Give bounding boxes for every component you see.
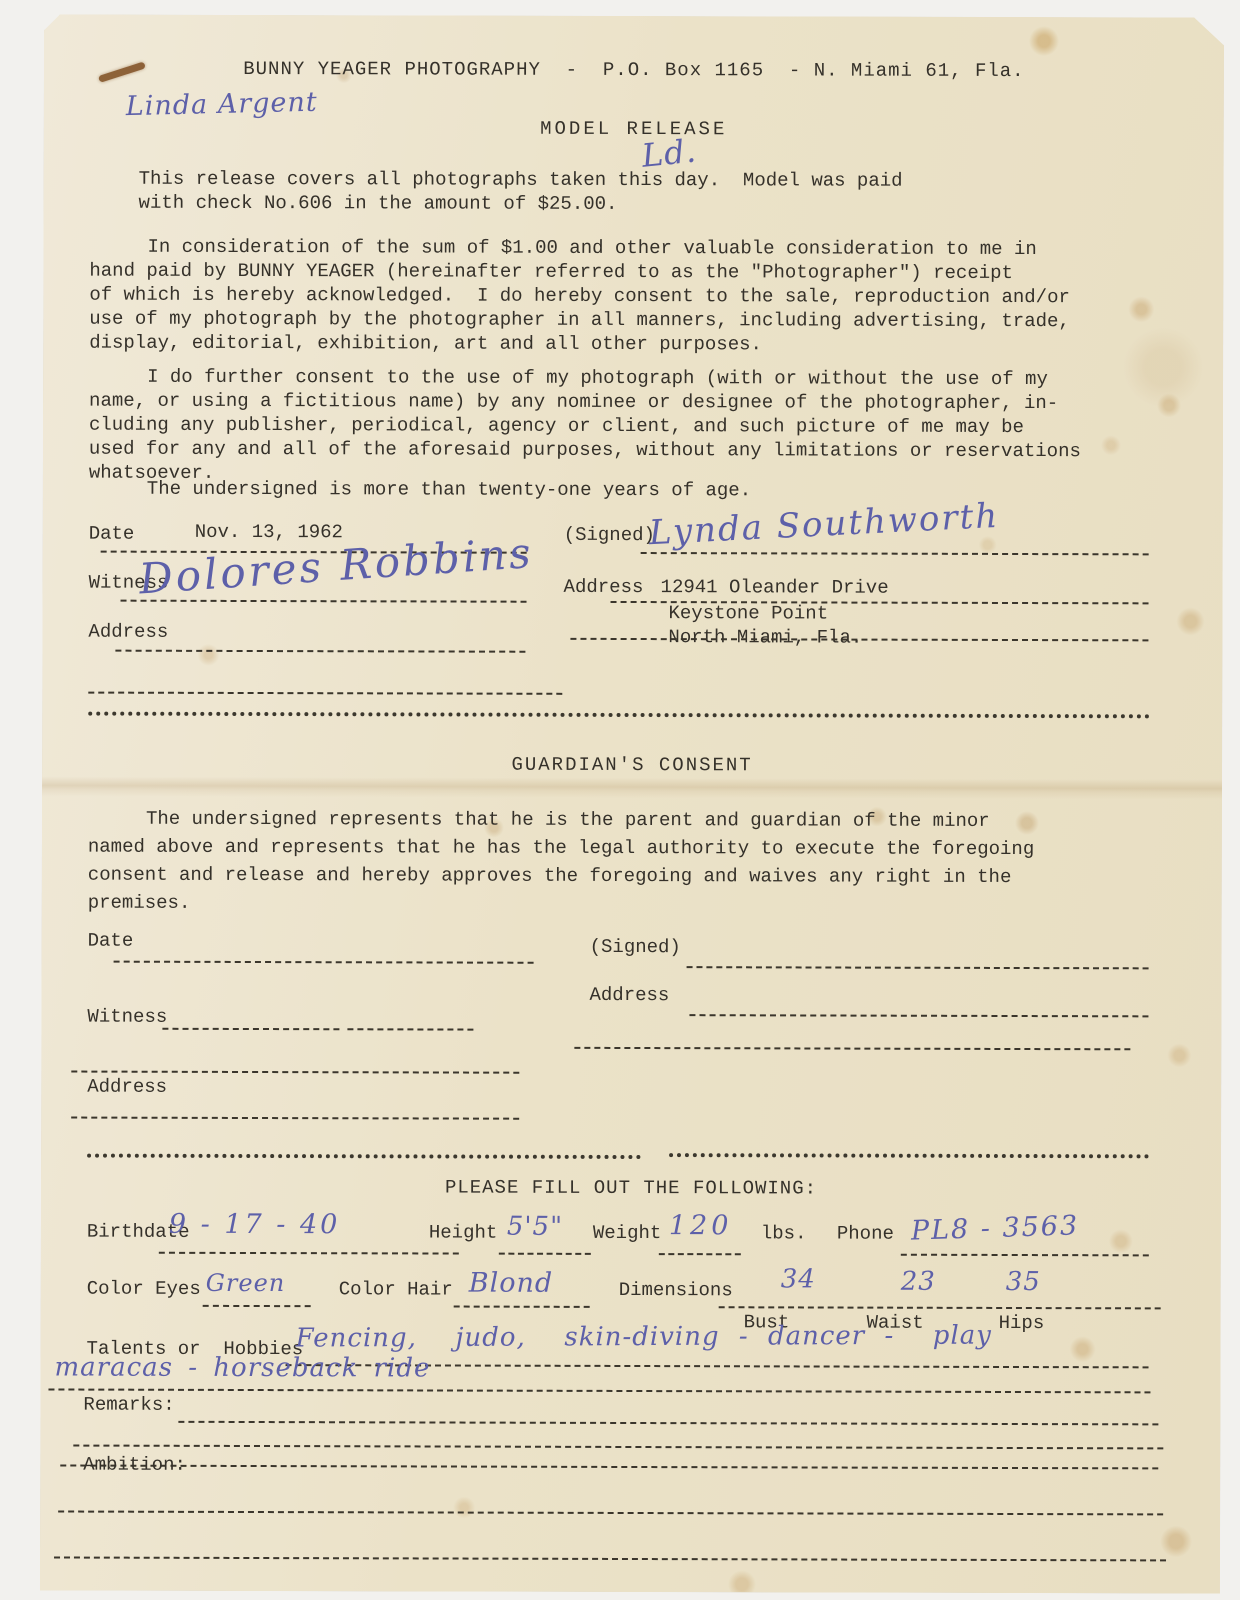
page-title: MODEL RELEASE (44, 115, 1224, 142)
dimensions-blank (719, 1306, 1161, 1309)
ambition-blank-1 (58, 1511, 1163, 1516)
weight-label: Weight (593, 1221, 661, 1245)
guardian-witness-blank-b (347, 1028, 473, 1030)
height-value: 5'5" (507, 1212, 563, 1242)
height-label: Height (429, 1220, 497, 1244)
age-statement: The undersigned is more than twenty-one … (147, 477, 751, 503)
ambition-blank-2 (54, 1556, 1166, 1561)
guardian-address-blank-left-1 (71, 1071, 519, 1074)
witness-address-blank-1 (115, 650, 525, 653)
birthdate-blank (159, 1252, 459, 1255)
witness-address-label: Address (88, 620, 168, 644)
model-address-label: Address (564, 575, 644, 599)
guardian-signed-label: (Signed) (590, 935, 681, 959)
ambition-label: Ambition: (83, 1453, 186, 1477)
talents-blank-2 (48, 1388, 1150, 1393)
bust-value: 34 (781, 1264, 816, 1294)
dotted-separator-1 (88, 712, 1150, 719)
guardian-date-blank (114, 961, 534, 964)
guardian-witness-label: Witness (87, 1005, 167, 1029)
color-eyes-value: Green (206, 1269, 286, 1297)
signed-label: (Signed) (564, 523, 655, 547)
remarks-blank-2 (73, 1445, 1163, 1450)
dotted-separator-2b (669, 1153, 1149, 1158)
model-signature: Lynda Southworth (648, 496, 1000, 553)
ambition-top-line (60, 1465, 1158, 1470)
birthdate-value: 9 - 17 - 40 (169, 1209, 341, 1240)
weight-value: 120 (669, 1210, 733, 1241)
talents-value-line1: Fencing, judo, skin-diving - dancer - pl… (296, 1321, 992, 1354)
color-eyes-label: Color Eyes (87, 1277, 201, 1301)
guardian-body-paragraph: The undersigned represents that he is th… (88, 805, 1128, 920)
hips-label: Hips (999, 1311, 1045, 1335)
waist-value: 23 (901, 1267, 936, 1297)
phone-value: PL8 - 3563 (910, 1210, 1079, 1246)
lbs-label: lbs. (761, 1221, 807, 1245)
phone-label: Phone (837, 1222, 894, 1246)
model-address-line2: Keystone Point (668, 601, 828, 625)
witness-blank-line (121, 600, 527, 603)
guardian-signed-blank (687, 966, 1149, 969)
height-blank (499, 1253, 591, 1255)
color-hair-blank (454, 1306, 590, 1308)
color-hair-value: Blond (469, 1268, 553, 1299)
guardian-date-label: Date (88, 929, 134, 953)
guardian-witness-blank-a (162, 1028, 339, 1030)
guardian-address-blank-right-1 (689, 1014, 1148, 1017)
date-label: Date (89, 522, 135, 546)
weight-blank (659, 1253, 741, 1255)
talents-value-line2: maracas - horseback ride (54, 1352, 430, 1383)
hips-value: 35 (1006, 1267, 1041, 1297)
remarks-label: Remarks: (83, 1393, 174, 1417)
guardian-address-blank-right-2 (574, 1047, 1130, 1050)
fill-out-heading: PLEASE FILL OUT THE FOLLOWING: (41, 1174, 1221, 1201)
guardian-address-label-left: Address (87, 1075, 167, 1099)
guardian-consent-heading: GUARDIAN'S CONSENT (42, 751, 1222, 778)
phone-blank (901, 1254, 1149, 1257)
release-intro-paragraph: This release covers all photographs take… (139, 167, 1149, 218)
fold-crease (42, 776, 1222, 799)
color-hair-label: Color Hair (339, 1277, 453, 1301)
signed-blank-line (641, 552, 1149, 555)
remarks-blank-1 (178, 1421, 1158, 1426)
witness-address-blank-2 (88, 692, 562, 695)
consideration-paragraph: In consideration of the sum of $1.00 and… (89, 235, 1159, 358)
guardian-address-blank-left-2 (71, 1117, 519, 1120)
dotted-separator-2a (87, 1154, 641, 1159)
date-value: Nov. 13, 1962 (195, 520, 343, 544)
model-address-line1: 12941 Oleander Drive (661, 575, 889, 600)
dimensions-label: Dimensions (619, 1278, 733, 1302)
company-header: BUNNY YEAGER PHOTOGRAPHY - P.O. Box 1165… (44, 56, 1224, 83)
document-page: BUNNY YEAGER PHOTOGRAPHY - P.O. Box 1165… (40, 14, 1224, 1593)
further-consent-paragraph: I do further consent to the use of my ph… (89, 365, 1159, 488)
color-eyes-blank (203, 1305, 311, 1307)
guardian-address-label-right: Address (589, 983, 669, 1007)
